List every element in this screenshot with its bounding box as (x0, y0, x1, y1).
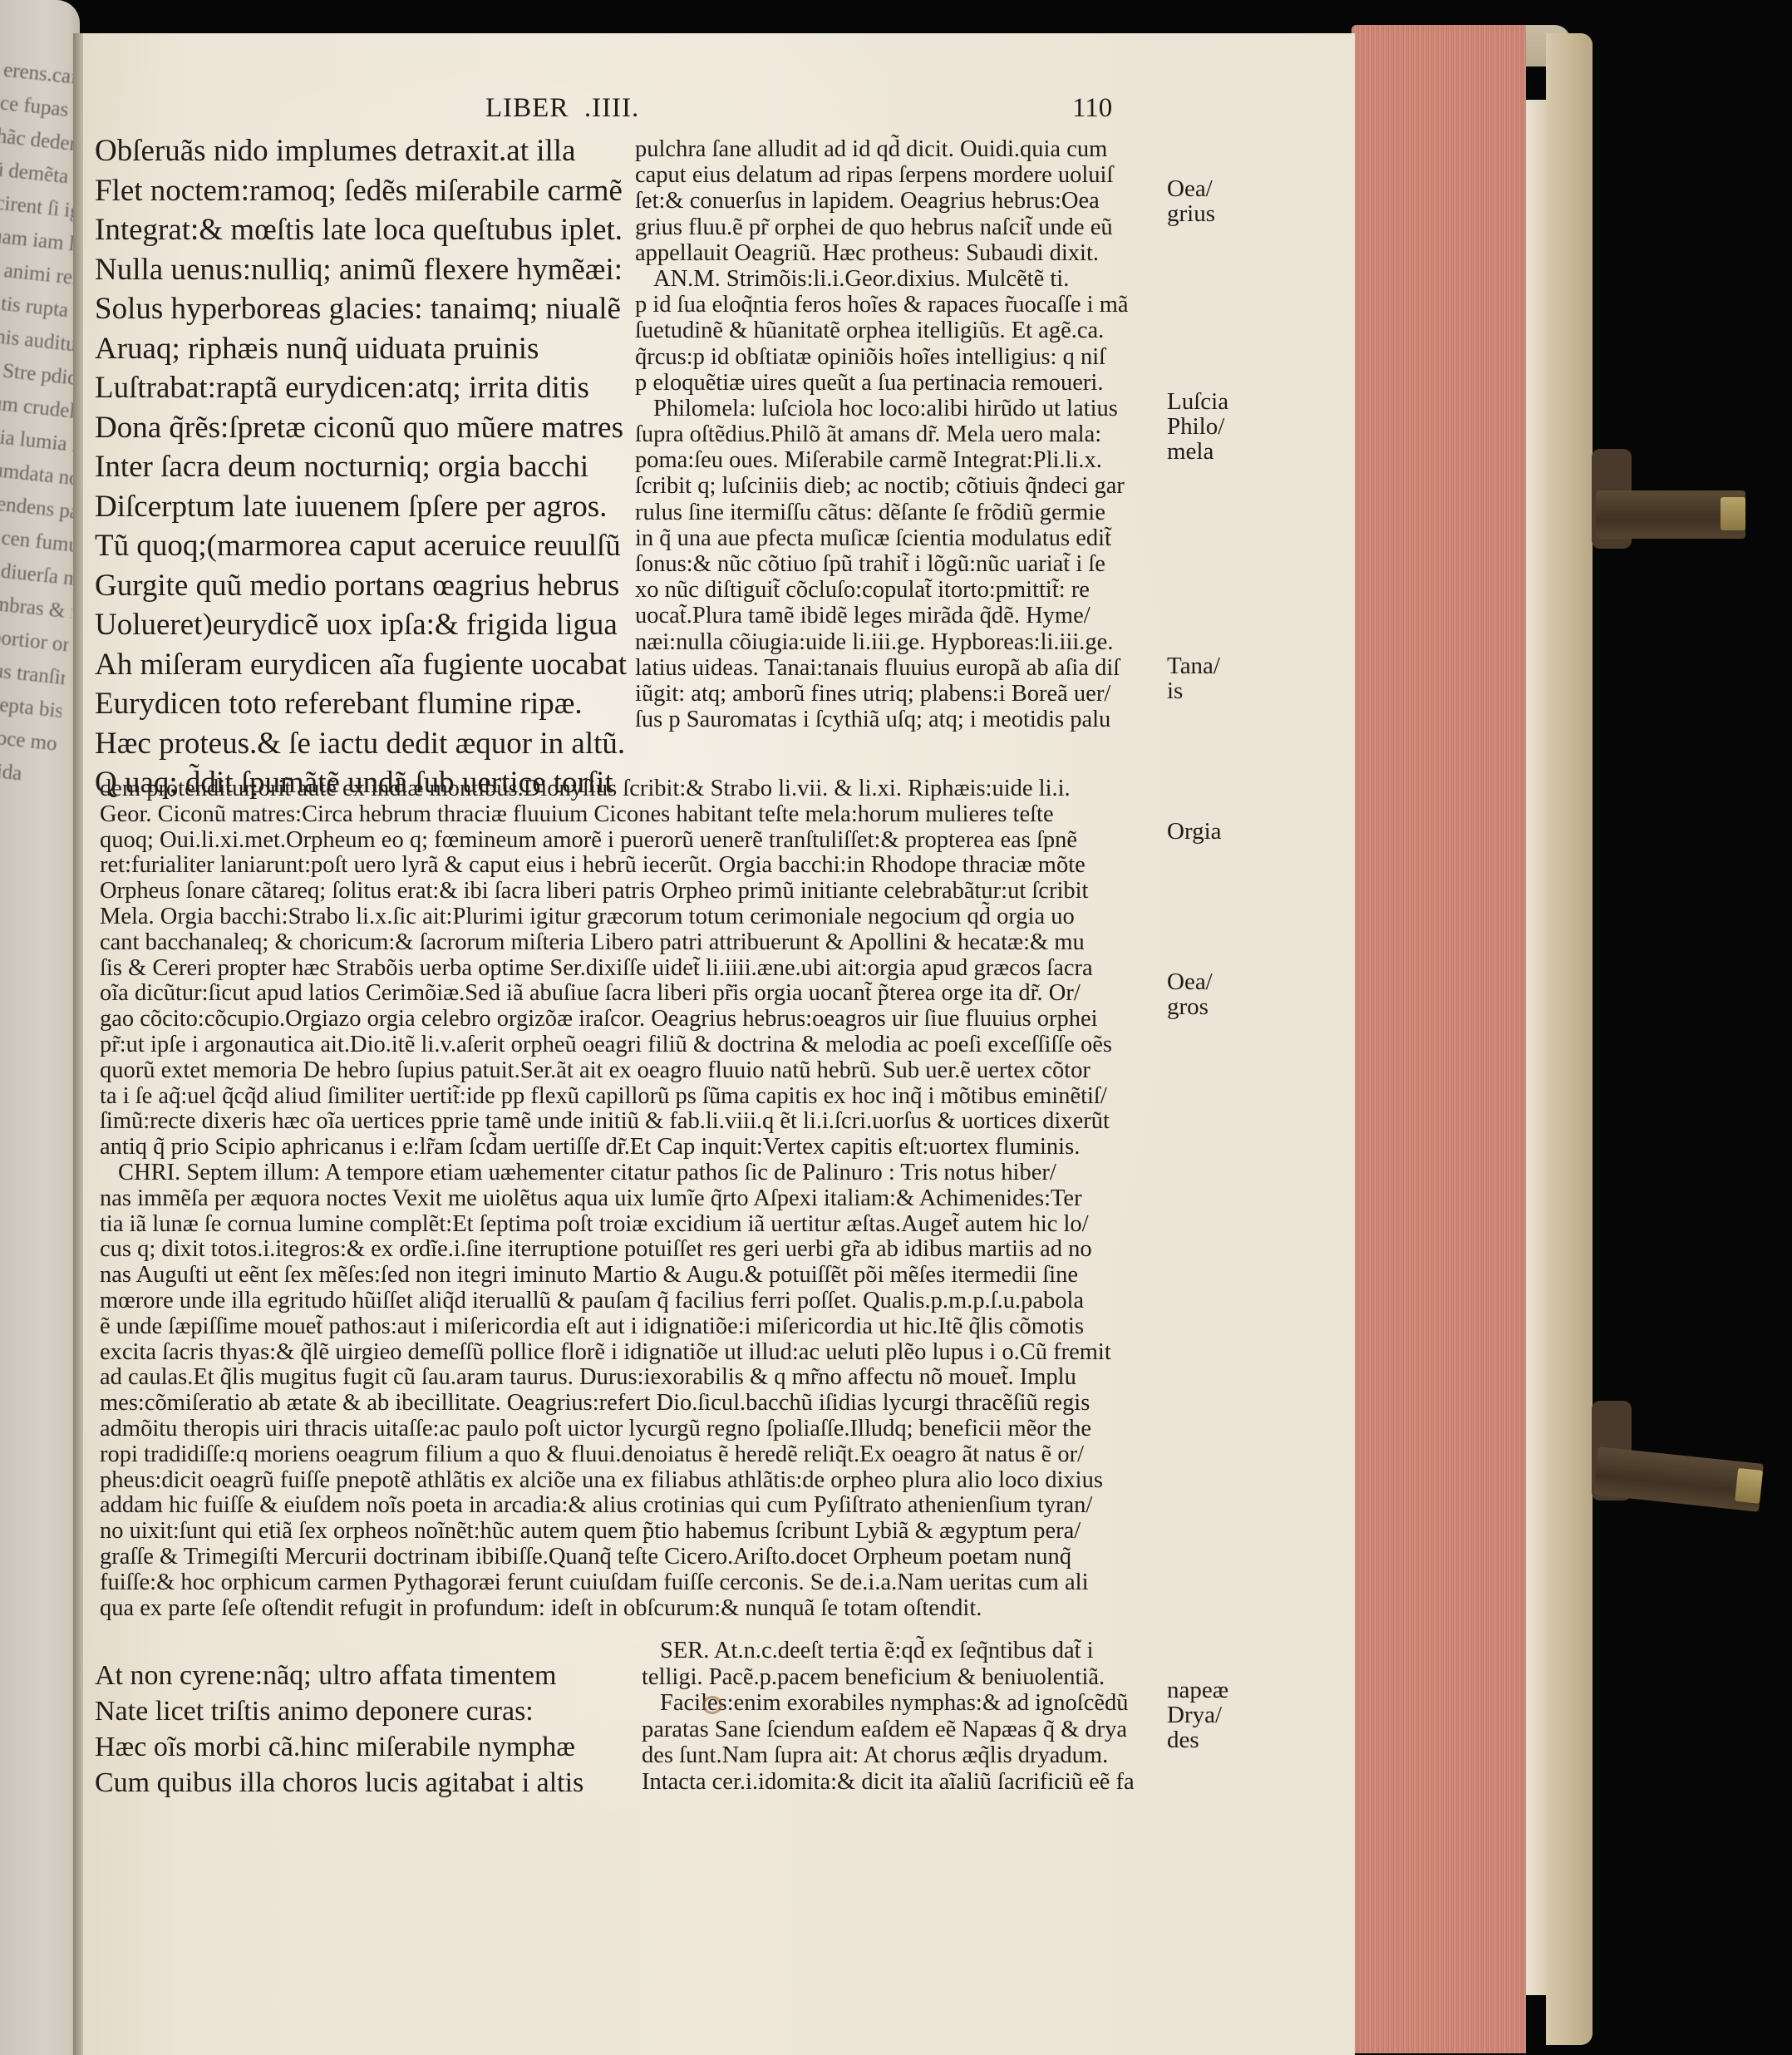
commentary-line: AN.M. Strimõis:li.i.Geor.dixius. Mulcẽtẽ… (635, 266, 1150, 292)
commentary-line: in q̃ una aue pfecta muſicæ ſcientia mod… (635, 525, 1150, 551)
commentary-line: pulchra ſane alludit ad id qd̃ dicit. Ou… (635, 136, 1150, 162)
commentary-line: fuiſſe:& hoc orphicum carmen Pythagoræi … (100, 1570, 1150, 1595)
commentary-line: mes:cõmiſeratio ab ætate & ab ibecillita… (100, 1390, 1150, 1416)
brass-clasp-tip-icon (1721, 497, 1745, 530)
commentary-line: poma:ſeu oues. Miſerabile carmẽ Integrat… (635, 447, 1150, 473)
commentary-line: ad caulas.Et q̃lis mugitus fugit cũ ſau.… (100, 1364, 1150, 1390)
verse-line: Inter ſacra deum nocturniq; orgia bacchi (95, 447, 635, 487)
commentary-line: cant bacchanaleq; & choricum:& ſacrorum … (100, 929, 1150, 955)
commentary-line: quorũ extet memoria De hebro ſupius patu… (100, 1057, 1150, 1083)
margin-note-line: Orgia (1167, 819, 1222, 844)
commentary-line: mœrore unde illa egritudo hũiſſet aliq̃d… (100, 1288, 1150, 1313)
commentary-line: ſuetudinẽ & hũanitatẽ orphea itelligiũs.… (635, 318, 1150, 343)
ink-stain (702, 1696, 722, 1714)
verse-line: Hæc proteus.& ſe iactu dedit æquor in al… (95, 724, 635, 764)
commentary-line: pheus:dicit oeagrũ fuiſſe pnepotẽ athlãt… (100, 1467, 1150, 1493)
commentary-line: Philomela: luſciola hoc loco:alibi hirũd… (635, 396, 1150, 421)
margin-note-line: Philo/ (1167, 414, 1228, 439)
clasp-lower (1593, 1446, 1764, 1512)
commentary-line: gao cõcito:cõcupio.Orgiazo orgia celebro… (100, 1006, 1150, 1032)
commentary-line: des ſunt.Nam ſupra ait: At chorus æq̃lis… (642, 1742, 1150, 1769)
commentary-line: ſupra oſtẽdius.Philõ ãt amans dr̃. Mela … (635, 421, 1150, 447)
margin-note-line: grius (1167, 201, 1215, 226)
commentary-line: næi:nulla cõiugia:uide li.iii.ge. Hypbor… (635, 629, 1150, 655)
commentary-line: Intacta cer.i.idomita:& dicit ita aĩaliũ… (642, 1769, 1150, 1796)
printed-page: LIBER .IIII. 110 Obſeruãs nido implumes … (83, 33, 1355, 2055)
commentary-line: SER. At.n.c.deeſt tertia ẽ:qd̃ ex ſeq̃nt… (642, 1638, 1150, 1664)
verse-line: Solus hyperboreas glacies: tanaimq; niua… (95, 289, 635, 329)
margin-note: Tana/is (1167, 653, 1220, 703)
verse-line: Hæc oĩs morbi cã.hinc miſerabile nymphæ (95, 1729, 635, 1765)
margin-note-line: des (1167, 1727, 1228, 1752)
commentary-line: caput eius delatum ad ripas ſerpens mord… (635, 162, 1150, 188)
verse-line: Eurydicen toto referebant flumine ripæ. (95, 684, 635, 724)
commentary-line: quoq; Oui.li.xi.met.Orpheum eo q; fœmine… (100, 827, 1150, 853)
book-heading: LIBER .IIII. (485, 93, 639, 124)
commentary-line: ſus p Sauromatas i ſcythiã uſq; atq; i m… (635, 707, 1150, 732)
verse-line: Obſeruãs nido implumes detraxit.at illa (95, 131, 635, 171)
commentary-line: oĩa dicũtur:ſicut apud latios Cerimõiæ.S… (100, 980, 1150, 1006)
commentary-line: graſſe & Trimegiſti Mercurii doctrinam i… (100, 1544, 1150, 1570)
margin-note: napeæDrya/des (1167, 1678, 1228, 1752)
margin-note-line: Oea/ (1167, 176, 1215, 201)
commentary-line: paratas Sane ſciendum eaſdem eẽ Napæas q… (642, 1717, 1150, 1743)
commentary-bottom-right: SER. At.n.c.deeſt tertia ẽ:qd̃ ex ſeq̃nt… (642, 1638, 1150, 1795)
commentary-line: ſet:& conuerſus in lapidem. Oeagrius heb… (635, 188, 1150, 214)
commentary-line: addam hic fuiſſe & eiuſdem noĩs poeta in… (100, 1492, 1150, 1518)
margin-note-line: Luſcia (1167, 389, 1228, 414)
commentary-line: pr̃:ut ipſe i argonautica ait.Dio.itẽ li… (100, 1032, 1150, 1057)
commentary-line: excita ſacris thyas:& q̃lẽ uirgieo demeſ… (100, 1339, 1150, 1365)
commentary-line: uocat̃.Plura tamẽ ibidẽ leges mirãda q̃d… (635, 603, 1150, 628)
commentary-line: ſis & Cereri propter hæc Strabõis uerba … (100, 955, 1150, 981)
verse-block-top: Obſeruãs nido implumes detraxit.at illaF… (95, 131, 635, 803)
commentary-line: telligi. Pacẽ.p.pacem beneficium & beniu… (642, 1664, 1150, 1691)
vellum-binding-board (1546, 33, 1593, 2045)
commentary-line: admõitu theropis uiri thracis uitaſſe:ac… (100, 1416, 1150, 1441)
commentary-right-column: pulchra ſane alludit ad id qd̃ dicit. Ou… (635, 136, 1150, 732)
commentary-line: CHRI. Septem illum: A tempore etiam uæhe… (100, 1160, 1150, 1185)
commentary-line: ẽ unde ſæpiſſime mouet̃ pathos:aut i miſ… (100, 1313, 1150, 1339)
commentary-line: rulus ſine itermiſſu cãtus: dẽſante ſe f… (635, 500, 1150, 525)
verse-line: Flet noctem:ramoq; ſedẽs miſerabile carm… (95, 171, 635, 211)
commentary-line: grius fluu.ẽ pr̃ orphei de quo hebrus na… (635, 214, 1150, 240)
margin-note-line: gros (1167, 994, 1213, 1019)
commentary-line: iũgit: atq; amborũ fines utriq; plabens:… (635, 681, 1150, 707)
verse-line: Nate licet triſtis animo deponere curas: (95, 1693, 635, 1729)
verse-line: Tũ quoq;(marmorea caput aceruice reuulſũ (95, 526, 635, 566)
verse-line: Diſcerptum late iuuenem ſpſere per agros… (95, 487, 635, 527)
facing-page-bleed-text: erens.cafus euaferce fupas ueniebahãc de… (0, 54, 80, 795)
margin-note-line: napeæ (1167, 1678, 1228, 1703)
commentary-line: Mela. Orgia bacchi:Strabo li.x.ſic ait:P… (100, 904, 1150, 929)
commentary-line: cus q; dixit totos.i.itegros:& ex ordĩe.… (100, 1236, 1150, 1262)
commentary-full-width: dem protenditur:orit̃ autẽ ex indiæ mont… (100, 776, 1150, 1620)
margin-note: Orgia (1167, 819, 1222, 844)
clasp-upper (1596, 490, 1745, 539)
red-fore-edge (1351, 25, 1526, 2053)
margin-note: Oea/grius (1167, 176, 1215, 226)
commentary-line: Geor. Ciconũ matres:Circa hebrum thraciæ… (100, 801, 1150, 827)
commentary-line: p eloquẽtiæ uires queũt a ſua pertinacia… (635, 370, 1150, 396)
commentary-line: antiq q̃ prio Scipio aphricanus i e:lr̃a… (100, 1134, 1150, 1160)
margin-note-line: mela (1167, 439, 1228, 464)
commentary-line: appellauit Oeagriũ. Hæc protheus: Subaud… (635, 240, 1150, 266)
verse-line: Aruaq; riphæis nunq̃ uiduata pruinis (95, 329, 635, 369)
facing-page-edge: erens.cafus euaferce fupas ueniebahãc de… (0, 0, 80, 2055)
commentary-line: ſonus:& nũc cõtiuo ſpũ trahit̃ i lõgũ:nũ… (635, 551, 1150, 577)
brass-clasp-tip-icon (1735, 1468, 1763, 1504)
margin-note: LuſciaPhilo/mela (1167, 389, 1228, 464)
margin-note: Oea/gros (1167, 969, 1213, 1019)
commentary-line: ropi tradidiſſe:q moriens oeagrum filium… (100, 1441, 1150, 1467)
commentary-line: qua ex parte ſeſe oſtendit refugit in pr… (100, 1595, 1150, 1621)
commentary-line: latius uideas. Tanai:tanais fluuius euro… (635, 655, 1150, 681)
commentary-line: q̃rcus:p id obſtiatæ opiniõis hoĩes inte… (635, 344, 1150, 370)
verse-line: Uolueret)eurydicẽ uox ipſa:& frigida lig… (95, 605, 635, 645)
commentary-line: ret:furialiter laniarunt:poſt uero lyrã … (100, 852, 1150, 878)
commentary-line: xo nũc diſtiguit̃ cõcluſo:copulat̃ itort… (635, 577, 1150, 603)
verse-block-bottom: At non cyrene:nãq; ultro affata timentem… (95, 1658, 635, 1801)
verse-line: Dona q̃rẽs:ſpretæ ciconũ quo mũere matre… (95, 408, 635, 448)
verse-line: Ah miſeram eurydicen aĩa fugiente uocaba… (95, 645, 635, 685)
commentary-line: ſimũ:recte dixeris hæc oĩa uertices ppri… (100, 1108, 1150, 1134)
verse-line: Luſtrabat:raptã eurydicen:atq; irrita di… (95, 368, 635, 408)
verse-line: Gurgite quũ medio portans œagrius hebrus (95, 566, 635, 606)
margin-note-line: is (1167, 678, 1220, 703)
margin-note-line: Drya/ (1167, 1703, 1228, 1727)
commentary-line: tia iã lunæ ſe cornua lumine complẽt:Et … (100, 1211, 1150, 1237)
verse-line: Integrat:& mœſtis late loca queſtubus ip… (95, 210, 635, 250)
commentary-line: p id ſua eloq̃ntia feros hoĩes & rapaces… (635, 292, 1150, 318)
verse-line: Cum quibus illa choros lucis agitabat i … (95, 1765, 635, 1801)
commentary-line: no uixit:ſunt qui etiã ſex orpheos noĩnẽ… (100, 1518, 1150, 1544)
commentary-line: ta i ſe aq̃:uel q̃cq̃d aliud ſimiliter u… (100, 1083, 1150, 1109)
margin-note-line: Tana/ (1167, 653, 1220, 678)
margin-note-line: Oea/ (1167, 969, 1213, 994)
verse-line: Nulla uenus:nulliq; animũ flexere hymẽæi… (95, 250, 635, 290)
commentary-line: nas Auguſti ut eẽnt ſex mẽſes:ſed non it… (100, 1262, 1150, 1288)
commentary-line: ſcribit q; luſciniis dieb; ac noctib; cõ… (635, 473, 1150, 499)
commentary-line: nas immẽſa per æquora noctes Vexit me ui… (100, 1185, 1150, 1211)
commentary-line: dem protenditur:orit̃ autẽ ex indiæ mont… (100, 776, 1150, 801)
commentary-line: Orpheus ſonare cãtareq; ſolitus erat:& i… (100, 878, 1150, 904)
folio-number: 110 (1072, 93, 1112, 124)
verse-line: At non cyrene:nãq; ultro affata timentem (95, 1658, 635, 1693)
